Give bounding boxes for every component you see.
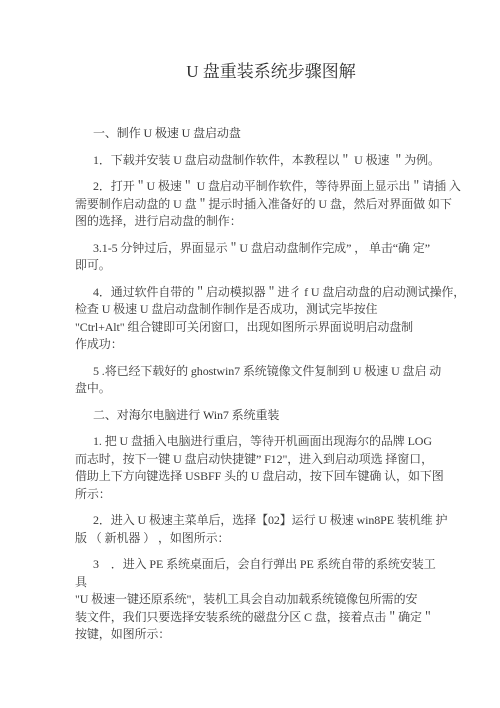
section-heading: 二、对海尔电脑进行 Win7 系统重装 (75, 407, 500, 425)
text-line: 具 (75, 574, 500, 592)
paragraph: 4．通过软件自带的＂启动模拟器＂进彳 f U 盘启动盘的启动测试操作， 检查 U… (75, 284, 500, 354)
text-line: "Ctrl+Alt" 组合键即可关闭窗口，出现如图所示界面说明启动盘制 (75, 319, 500, 337)
text-line: 5 .将已经下载好的 ghostwin7 系统镜像文件复制到 U 极速 U 盘启… (75, 363, 500, 381)
text-line: 图的选择，进行启动盘的制作： (75, 213, 500, 231)
text-line: "U 极速一键还原系统"，装机工具会自动加载系统镜像包所需的安 (75, 591, 500, 609)
section-1-heading-block: 一、制作 U 极速 U 盘启动盘 (75, 125, 500, 143)
paragraph: 3.1-5 分钟过后，界面显示＂U 盘启动盘制作完成” ， 单击“确 定” 即可… (75, 240, 500, 275)
text-line: 4．通过软件自带的＂启动模拟器＂进彳 f U 盘启动盘的启动测试操作， (75, 284, 500, 302)
text-line: 所示： (75, 486, 500, 504)
paragraph: 2．进入 U 极速主菜单后，选择【02】运行 U 极速 win8PE 装机维 护… (75, 512, 500, 547)
text-line: 检查 U 极速 U 盘启动盘制作制作是否成功，测试完毕按住 (75, 301, 500, 319)
page-title: U 盘重装系统步骤图解 (0, 0, 500, 82)
text-line: 3.1-5 分钟过后，界面显示＂U 盘启动盘制作完成” ， 单击“确 定” (75, 240, 500, 258)
text-line: 2．进入 U 极速主菜单后，选择【02】运行 U 极速 win8PE 装机维 护 (75, 512, 500, 530)
paragraph: 2．打开＂U 极速＂ U 盘启动平制作软件，等待界面上显示出＂请插 入 需要制作… (75, 178, 500, 231)
text-line: 即可。 (75, 257, 500, 275)
section-heading: 一、制作 U 极速 U 盘启动盘 (75, 125, 500, 143)
text-line: 盘中。 (75, 380, 500, 398)
text-line: 1．下载并安装 U 盘启动盘制作软件，本教程以＂ U 极速 ＂为例。 (75, 152, 500, 170)
text-line: 借助上下方向键选择 USBFF 头的 U 盘启动，按下回车键确 认，如下图 (75, 468, 500, 486)
text-line: 需要制作启动盘的 U 盘＂提示时插入准备好的 U 盘，然后对界面做 如下 (75, 196, 500, 214)
paragraph: 5 .将已经下载好的 ghostwin7 系统镜像文件复制到 U 极速 U 盘启… (75, 363, 500, 398)
text-line: 2．打开＂U 极速＂ U 盘启动平制作软件，等待界面上显示出＂请插 入 (75, 178, 500, 196)
document-page: U 盘重装系统步骤图解 一、制作 U 极速 U 盘启动盘 1．下载并安装 U 盘… (0, 0, 500, 708)
section-2-heading-block: 二、对海尔电脑进行 Win7 系统重装 (75, 407, 500, 425)
document-content: 一、制作 U 极速 U 盘启动盘 1．下载并安装 U 盘启动盘制作软件，本教程以… (0, 82, 500, 644)
text-line: 1. 把 U 盘插入电脑进行重启，等待开机画面出现海尔的品牌 LOG (75, 433, 500, 451)
text-line: 装文件，我们只要选择安装系统的磁盘分区 C 盘，接着点击＂确定＂ (75, 609, 500, 627)
paragraph: 3 ．进入 PE 系统桌面后，会自行弹出 PE 系统自带的系统安装工 具 "U … (75, 556, 500, 644)
text-line: 而志时，按下一键 U 盘启动快捷键” F12"，进入到启动项选 择窗口， (75, 451, 500, 469)
text-line: 3 ．进入 PE 系统桌面后，会自行弹出 PE 系统自带的系统安装工 (75, 556, 500, 574)
text-line: 版 （ 新机器 ） ，如图所示： (75, 530, 500, 548)
paragraph: 1．下载并安装 U 盘启动盘制作软件，本教程以＂ U 极速 ＂为例。 (75, 152, 500, 170)
paragraph: 1. 把 U 盘插入电脑进行重启，等待开机画面出现海尔的品牌 LOG 而志时，按… (75, 433, 500, 503)
text-line: 按键，如图所示： (75, 626, 500, 644)
text-line: 作成功： (75, 336, 500, 354)
